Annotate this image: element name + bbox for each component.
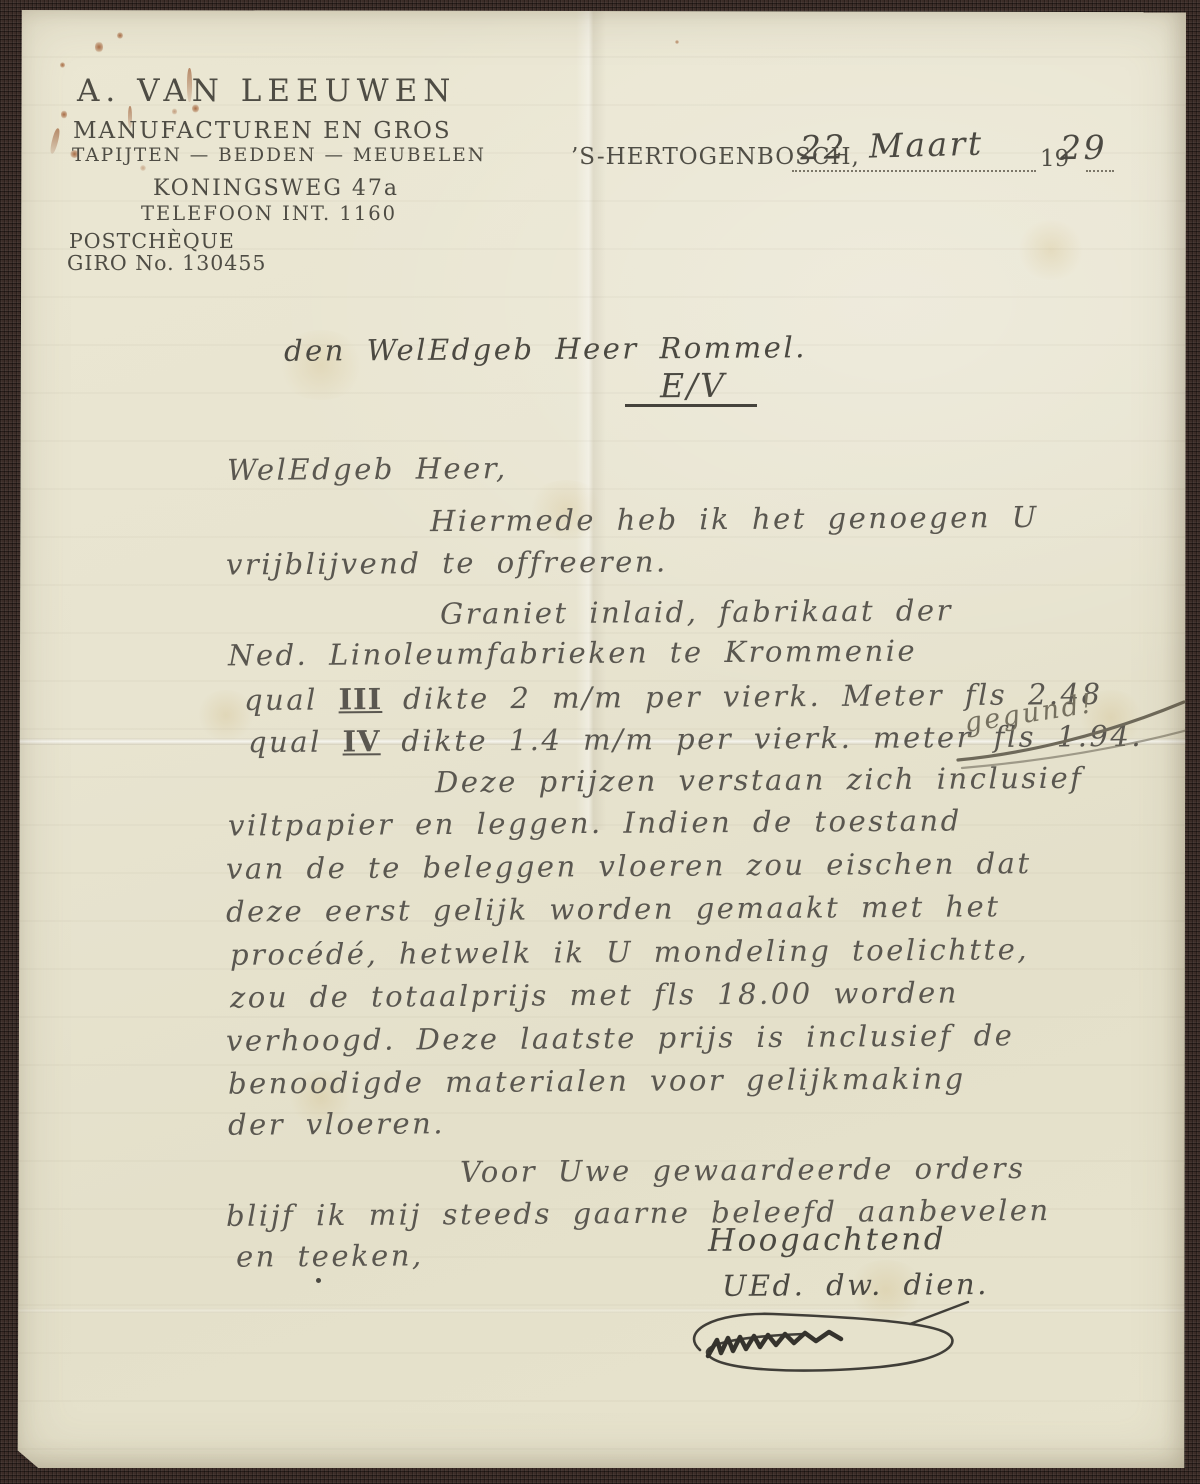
body-line: zou de totaalprijs met fls 18.00 worden <box>230 975 959 1014</box>
body-line: procédé, hetwelk ik U mondeling toelicht… <box>230 932 1029 972</box>
scanned-letter-photo: { "colors": { "background_fabric": "#3b2… <box>0 0 1200 1484</box>
rust-stain <box>117 32 123 39</box>
rust-stain <box>61 110 67 119</box>
body-line: Deze prijzen verstaan zich inclusief <box>435 761 1084 800</box>
closing-salute: Hoogachtend <box>708 1221 946 1259</box>
body-line: verhoogd. Deze laatste prijs is inclusie… <box>226 1018 1015 1058</box>
body-line: vrijblijvend te offreeren. <box>226 544 668 581</box>
letter-paper: A. VAN LEEUWEN MANUFACTUREN EN GROS TAPI… <box>16 10 1186 1468</box>
rust-drip <box>49 128 61 155</box>
body-line: viltpapier en leggen. Indien de toestand <box>228 803 962 842</box>
body-line: en teeken, <box>236 1238 424 1273</box>
addressee-location-line: E/V <box>660 366 727 405</box>
faint-fold-crease <box>16 1308 1186 1313</box>
body-line: benoodigde materialen voor gelijkmaking <box>228 1061 966 1100</box>
body-line: der vloeren. <box>228 1106 445 1142</box>
letterhead-company-name: A. VAN LEEUWEN <box>77 73 456 109</box>
dateline-year-handwritten: 29 <box>1060 128 1107 167</box>
body-line: Graniet inlaid, fabrikaat der <box>440 593 953 631</box>
rust-stain <box>95 41 103 53</box>
qual-roman-numeral: III <box>338 682 382 716</box>
rust-stain <box>60 62 65 68</box>
letterhead-giro-label: POSTCHÈQUE <box>69 229 235 253</box>
body-line: deze eerst gelijk worden gemaakt met het <box>226 889 1001 928</box>
dateline-day-month-handwritten: 22 Maart <box>800 124 985 168</box>
addressee-underline <box>625 404 757 407</box>
ink-dot <box>316 1278 321 1283</box>
letterhead-products-line: TAPIJTEN — BEDDEN — MEUBELEN <box>72 145 486 166</box>
letterhead-business-line: MANUFACTUREN EN GROS <box>73 118 452 144</box>
qual-prefix: qual <box>244 682 318 717</box>
qual-prefix: qual <box>248 725 322 760</box>
rust-stain <box>675 40 679 44</box>
body-line: Hiermede heb ik het genoegen U <box>430 500 1039 538</box>
letterhead-address: KONINGSWEG 47a <box>136 176 416 201</box>
letterhead-phone: TELEFOON INT. 1160 <box>129 202 409 225</box>
dateline-dotted-rule-short <box>1086 170 1114 172</box>
qual-roman-numeral: IV <box>342 724 380 758</box>
dateline-dotted-rule <box>792 170 1036 172</box>
body-line: Ned. Linoleumfabrieken te Krommenie <box>228 634 917 673</box>
foxing-spot <box>1016 220 1086 280</box>
body-line: van de te beleggen vloeren zou eischen d… <box>226 846 1032 886</box>
signature-flourish <box>678 1292 978 1384</box>
body-line: Voor Uwe gewaardeerde orders <box>460 1151 1026 1189</box>
salutation: WelEdgeb Heer, <box>227 451 508 487</box>
addressee-name-line: den WelEdgeb Heer Rommel. <box>284 330 807 368</box>
letterhead-giro-number: GIRO No. 130455 <box>67 251 266 275</box>
rust-stain <box>172 108 177 115</box>
